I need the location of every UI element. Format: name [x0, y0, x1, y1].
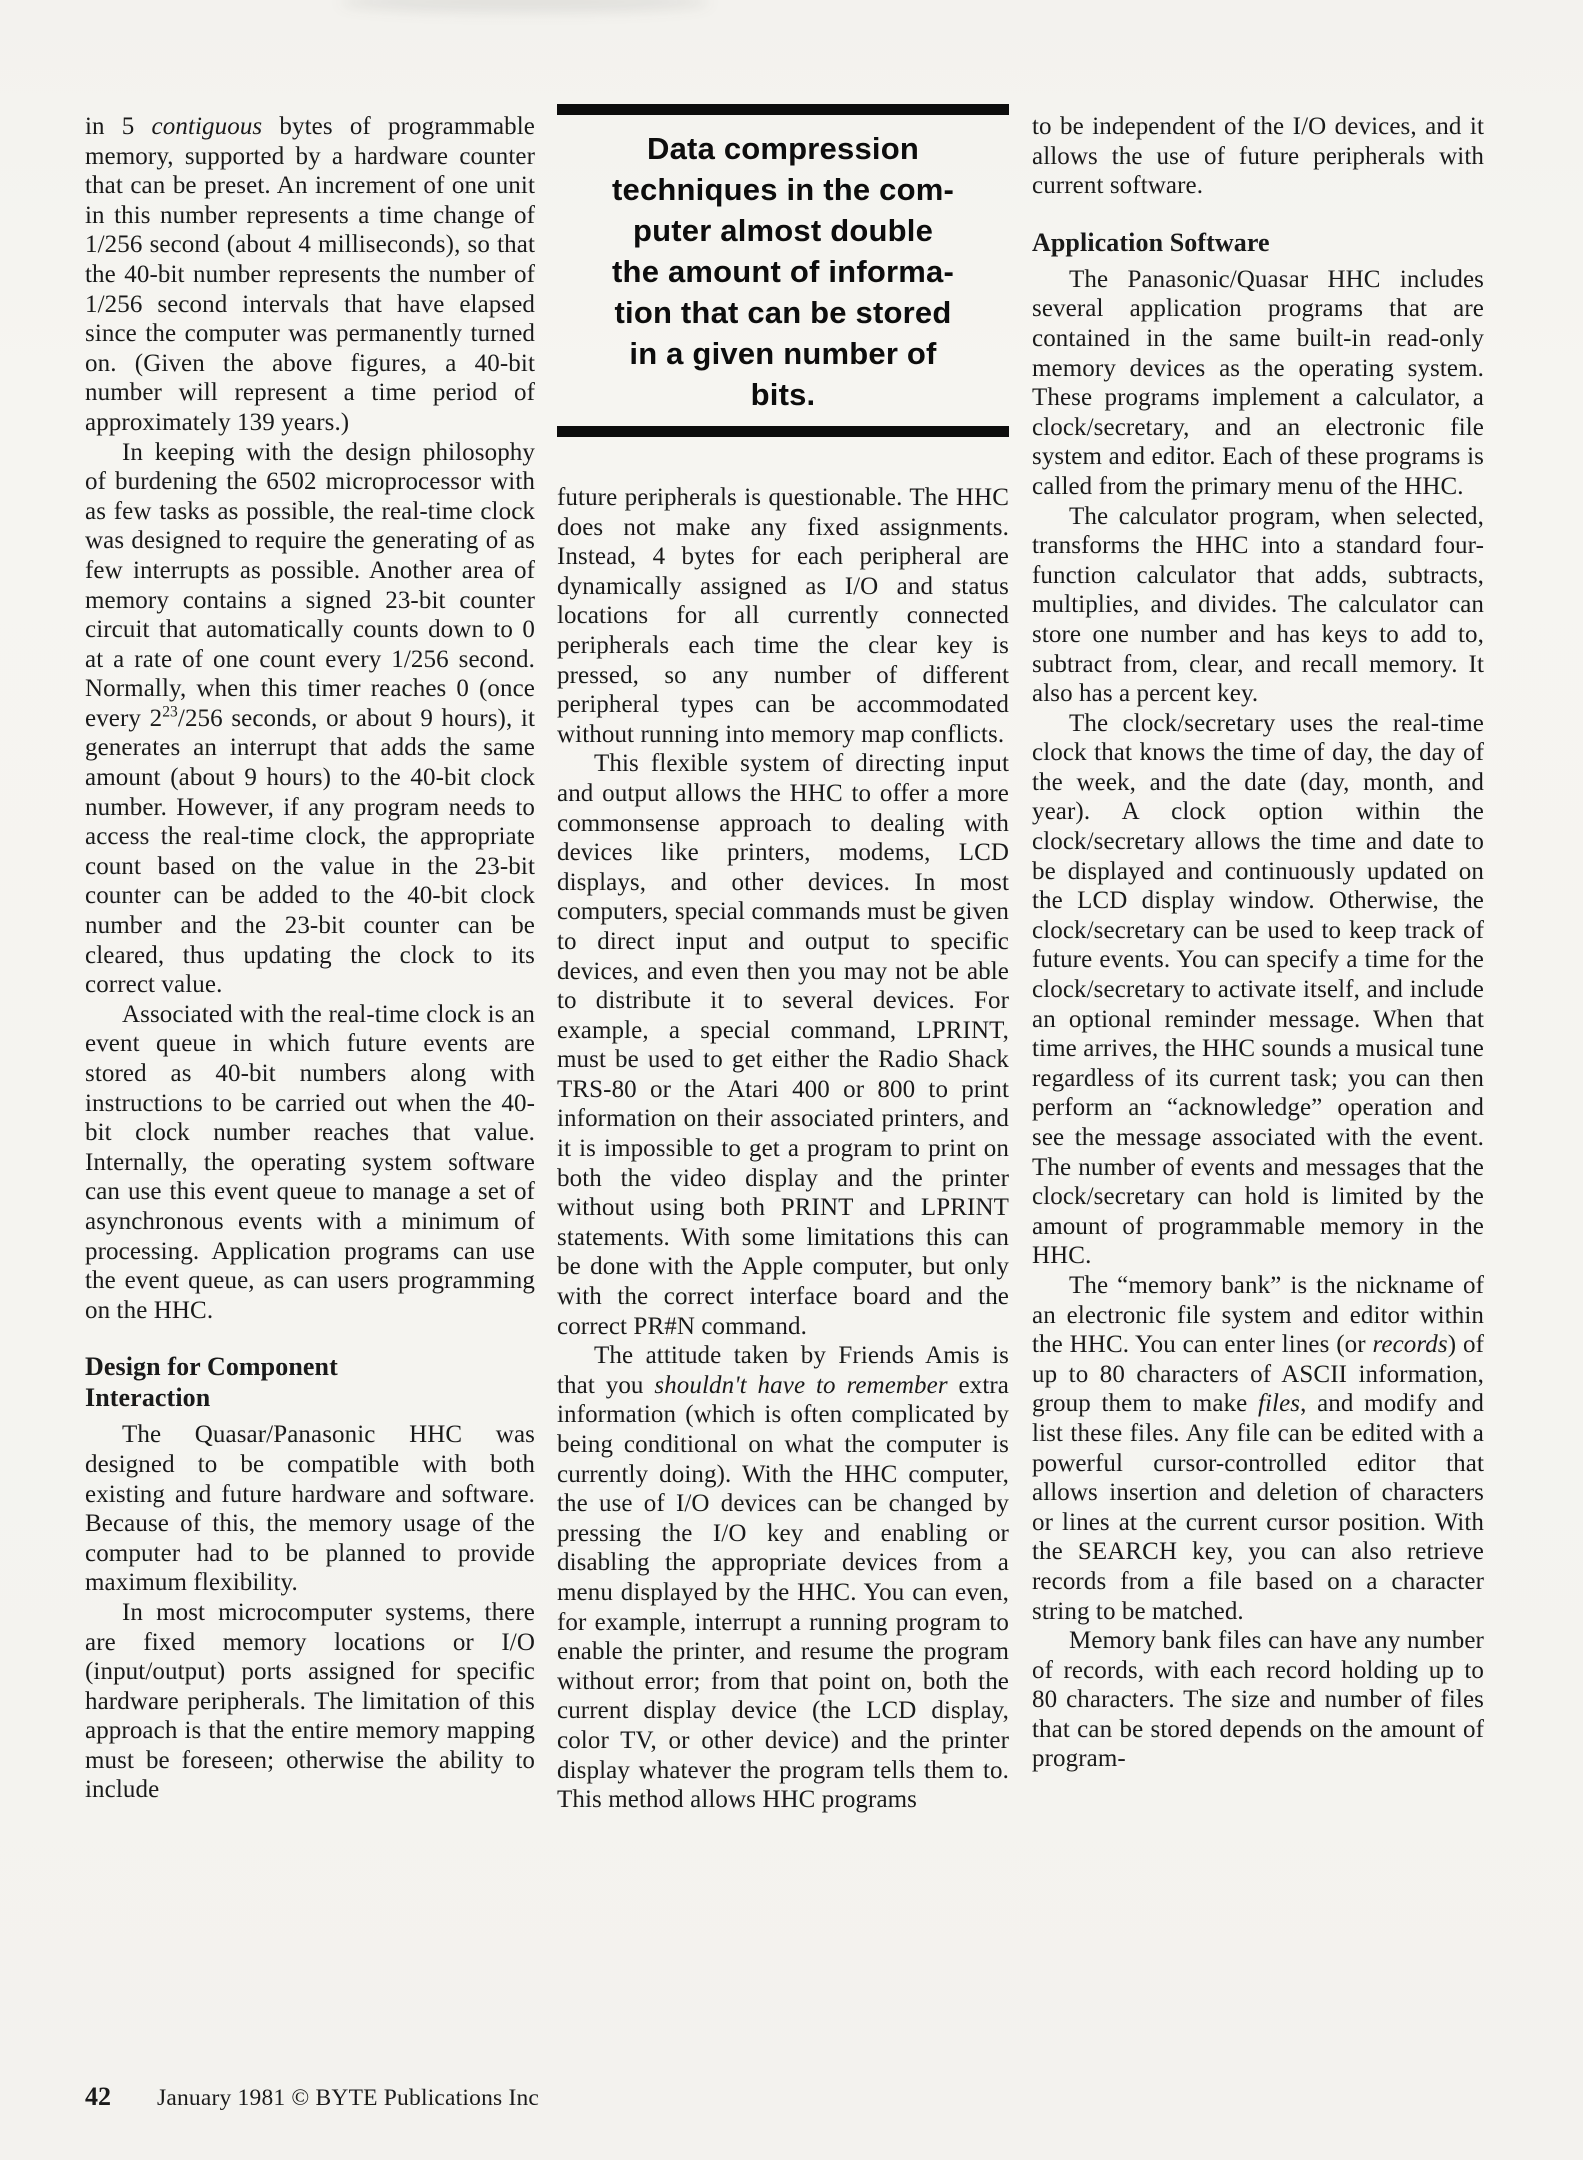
pull-quote-line: techniques in the com- [557, 169, 1009, 210]
body-paragraph: in 5 contiguous bytes of programmable me… [85, 112, 535, 438]
text-run: to be independent of the I/O devices, an… [1032, 113, 1484, 199]
body-paragraph: The Panasonic/Quasar HHC includes severa… [1032, 265, 1484, 502]
text-run: /256 seconds, or about 9 hours), it gene… [85, 705, 535, 998]
text-run: future peripherals is questionable. The … [557, 484, 1009, 748]
text-run: The Quasar/Panasonic HHC was designed to… [85, 1421, 535, 1596]
body-paragraph: The attitude taken by Friends Amis is th… [557, 1341, 1009, 1815]
scan-artifact [340, 0, 710, 12]
body-paragraph: The calculator program, when selected, t… [1032, 502, 1484, 709]
text-run: , and modify and list these files. Any f… [1032, 1390, 1484, 1624]
pull-quote-line: puter almost double [557, 210, 1009, 251]
italic-text: contiguous [152, 113, 263, 140]
pull-quote-rule-bottom [557, 426, 1009, 437]
text-run: In most microcomputer systems, there are… [85, 1599, 535, 1804]
italic-text: files [1258, 1390, 1300, 1417]
body-paragraph: In keeping with the design philosophy of… [85, 438, 535, 1000]
text-run: In keeping with the design philosophy of… [85, 439, 535, 732]
pull-quote-line: the amount of informa- [557, 251, 1009, 292]
text-column-left: in 5 contiguous bytes of programmable me… [85, 112, 535, 1805]
pull-quote-line: bits. [557, 374, 1009, 415]
text-run: Memory bank files can have any number of… [1032, 1627, 1484, 1772]
superscript-text: 23 [162, 704, 178, 721]
pull-quote-line: tion that can be stored [557, 292, 1009, 333]
body-paragraph: The “memory bank” is the nickname of an … [1032, 1271, 1484, 1626]
body-paragraph: Memory bank files can have any number of… [1032, 1626, 1484, 1774]
italic-text: records [1373, 1331, 1448, 1358]
body-paragraph: In most microcomputer systems, there are… [85, 1598, 535, 1805]
footer-credit: January 1981 © BYTE Publications Inc [157, 2085, 539, 2112]
page-footer: 42 January 1981 © BYTE Publications Inc [85, 2082, 539, 2112]
page-number: 42 [85, 2082, 111, 2112]
text-column-middle: Data compressiontechniques in the com-pu… [557, 104, 1009, 1815]
pull-quote-line: in a given number of [557, 333, 1009, 374]
body-paragraph: This flexible system of directing input … [557, 749, 1009, 1341]
body-paragraph: The clock/secretary uses the real-time c… [1032, 709, 1484, 1271]
text-run: The Panasonic/Quasar HHC includes severa… [1032, 266, 1484, 500]
pull-quote-text: Data compressiontechniques in the com-pu… [557, 128, 1009, 415]
body-paragraph: Associated with the real-time clock is a… [85, 1000, 535, 1326]
section-heading: Application Software [1032, 227, 1372, 258]
body-paragraph: to be independent of the I/O devices, an… [1032, 112, 1484, 201]
magazine-page: in 5 contiguous bytes of programmable me… [0, 0, 1583, 2160]
text-column-right: to be independent of the I/O devices, an… [1032, 112, 1484, 1774]
text-run: This flexible system of directing input … [557, 750, 1009, 1339]
pull-quote-rule-top [557, 104, 1009, 115]
pull-quote: Data compressiontechniques in the com-pu… [557, 104, 1009, 437]
pull-quote-line: Data compression [557, 128, 1009, 169]
text-run: extra information (which is often compli… [557, 1372, 1009, 1813]
text-run: The calculator program, when selected, t… [1032, 503, 1484, 708]
text-run: bytes of programmable memory, supported … [85, 113, 535, 436]
text-run: The clock/secretary uses the real-time c… [1032, 710, 1484, 1270]
italic-text: shouldn't have to remember [654, 1372, 947, 1399]
body-paragraph: future peripherals is questionable. The … [557, 483, 1009, 749]
section-heading: Design for Component Interaction [85, 1351, 425, 1413]
body-paragraph: The Quasar/Panasonic HHC was designed to… [85, 1420, 535, 1598]
text-run: in 5 [85, 113, 152, 140]
text-run: Associated with the real-time clock is a… [85, 1001, 535, 1324]
